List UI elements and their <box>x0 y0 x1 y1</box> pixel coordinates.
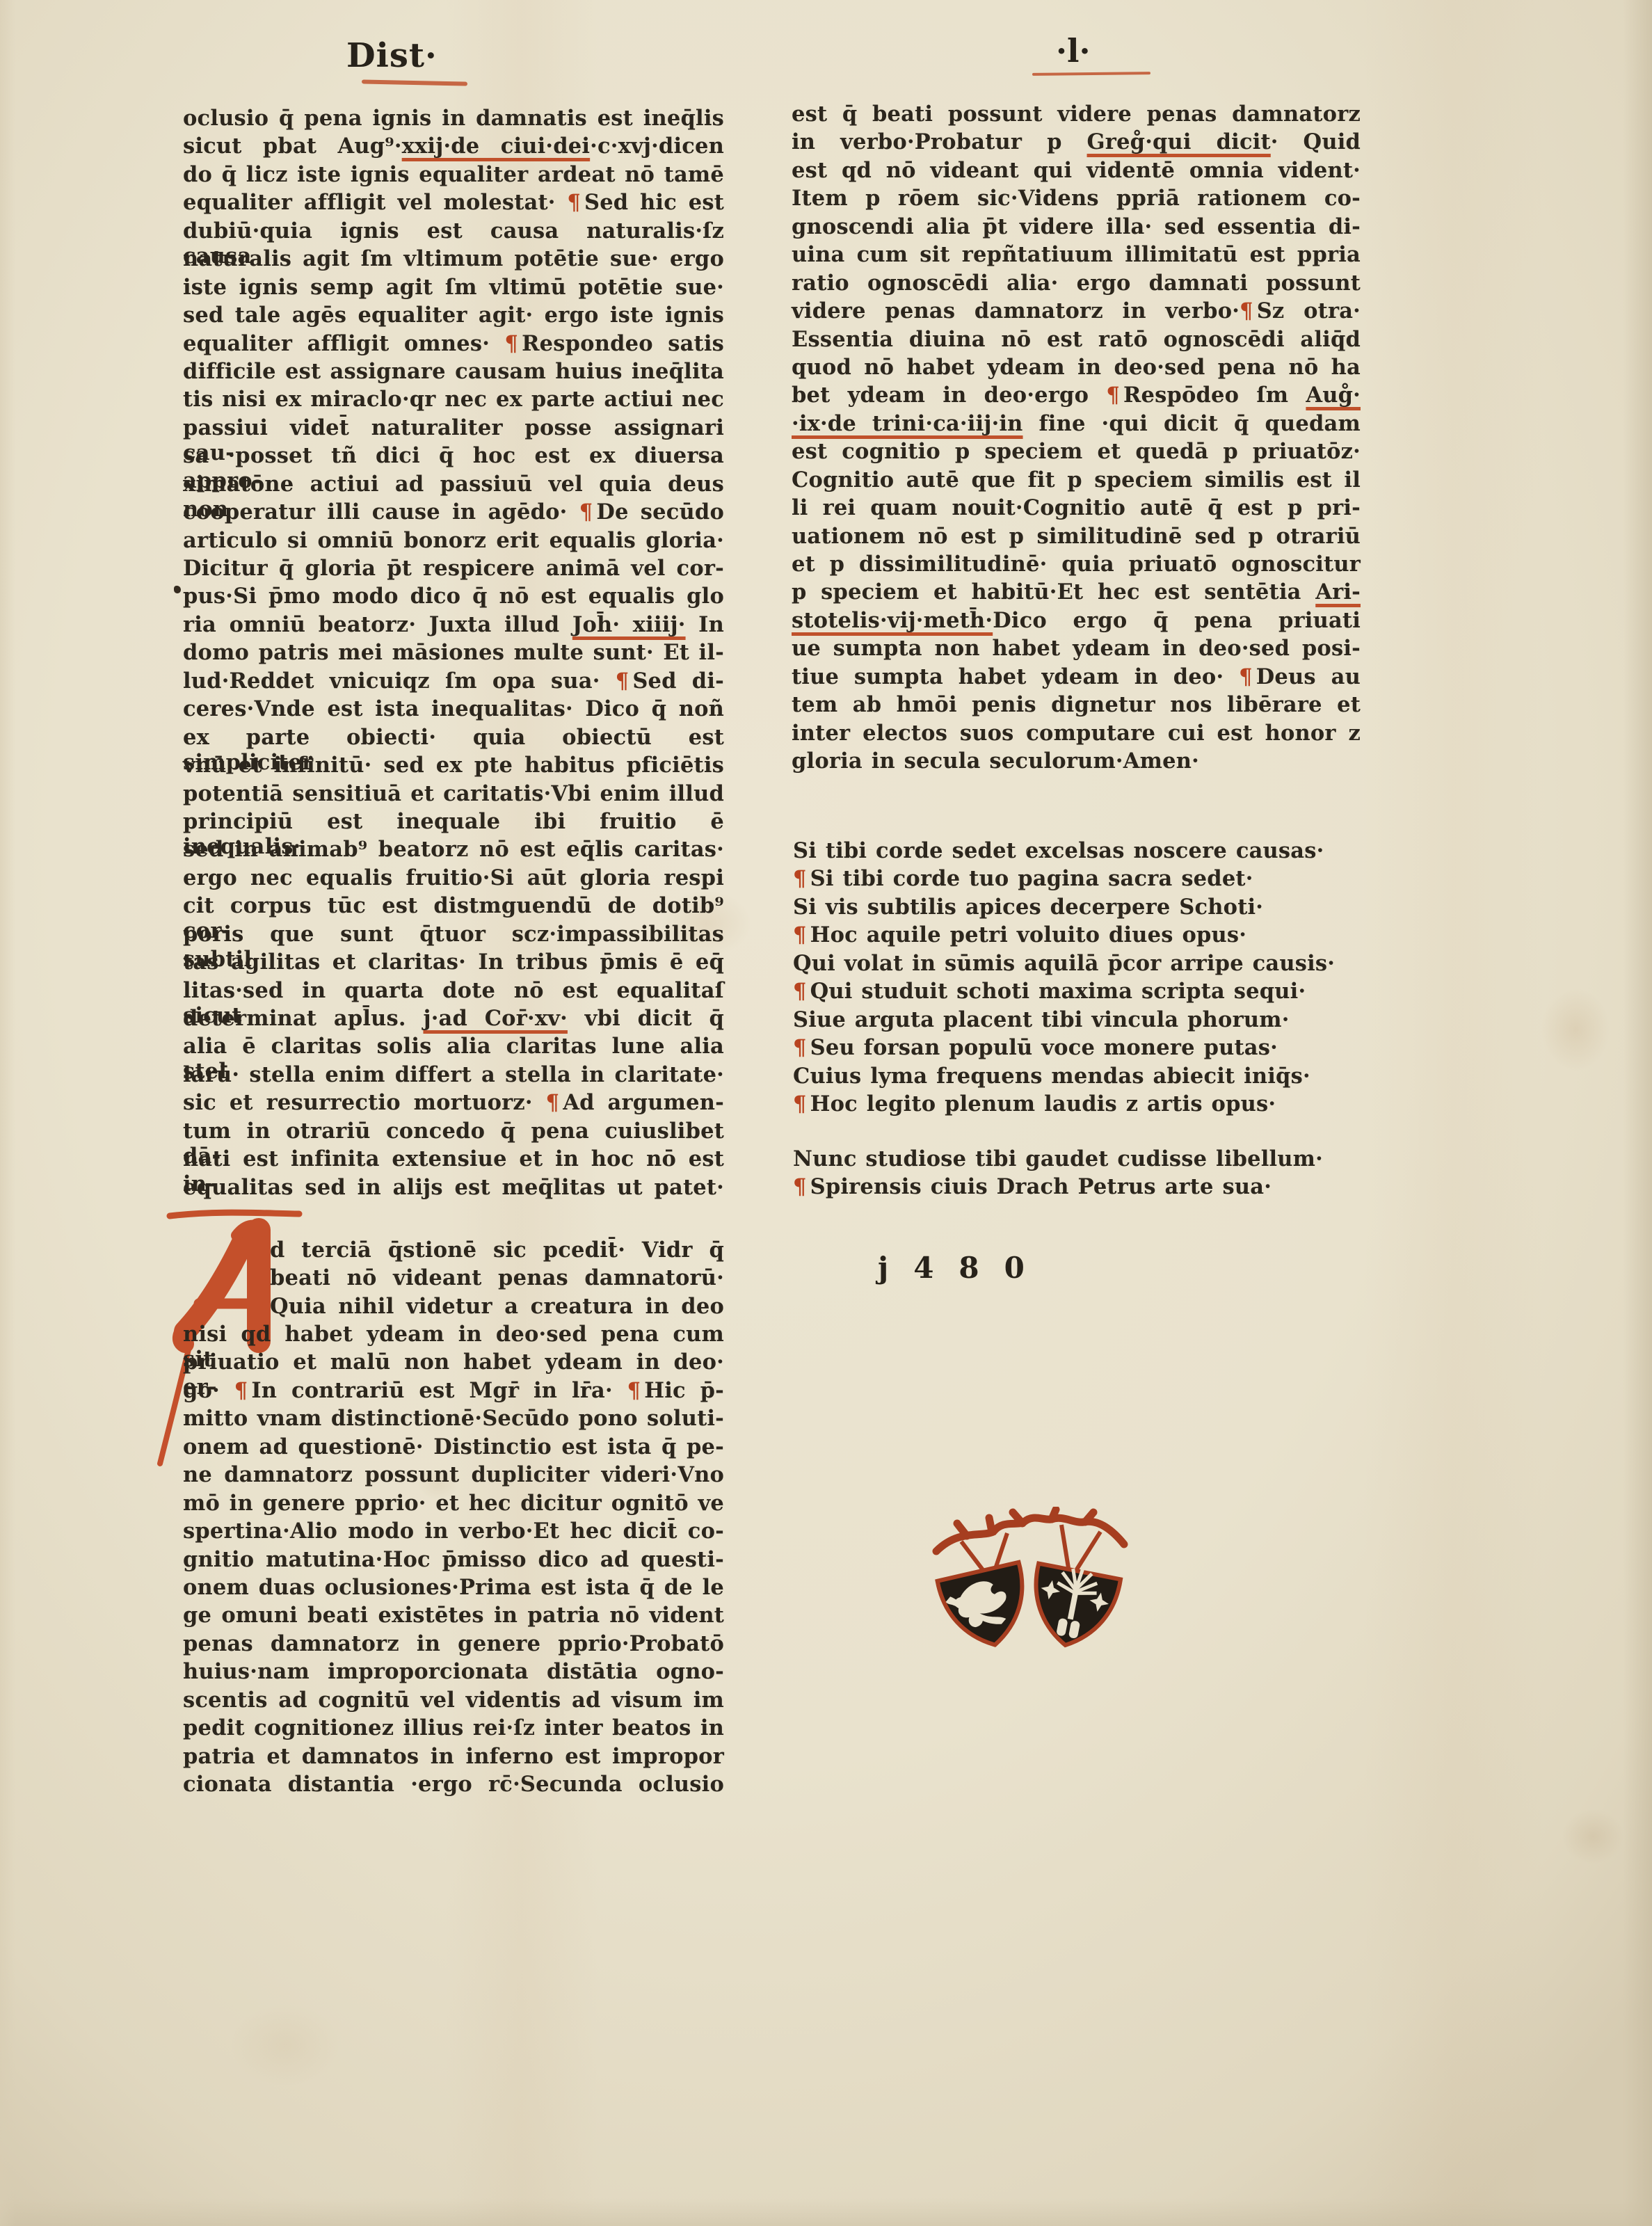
text-line: ximatōne actiui ad passiuū vel quia deus… <box>183 472 724 499</box>
foxing-stain <box>1562 1809 1624 1864</box>
text-line: Dicitur q̄ gloria p̄t respicere animā ve… <box>183 556 724 584</box>
text-line: gloria in secula seculorum·Amen· <box>792 748 1361 776</box>
text-line: Cognitio autē que fit p speciem similis … <box>792 467 1361 495</box>
text-line: cionata distantia ·ergo rc̄·Secunda oclu… <box>183 1772 724 1800</box>
printed-date: j480 <box>878 1251 1050 1285</box>
text-line: litas·sed in quarta dote nō est equalita… <box>183 978 724 1006</box>
text-line: difficile est assignare causam huius ine… <box>183 359 724 387</box>
text-line: Si tibi corde sedet excelsas noscere cau… <box>793 838 1405 866</box>
colophon: Nunc studiose tibi gaudet cudisse libell… <box>793 1146 1405 1203</box>
left-column-paragraph-1: oclusio q̄ pena ignis in damnatis est in… <box>183 106 724 1203</box>
text-line: scentis ad cognitū vel videntis ad visum… <box>183 1688 724 1715</box>
text-line: Si vis subtilis apices decerpere Schoti· <box>793 895 1405 922</box>
text-line: d terciā q̄stionē sic pcedit̄· Vidr q̄ <box>270 1238 724 1265</box>
text-line: equalitas sed in alijs est meq̄litas ut … <box>183 1175 724 1203</box>
text-line: ceres·Vnde est ista inequalitas· Dico q̄… <box>183 696 724 724</box>
right-column-verse: Si tibi corde sedet excelsas noscere cau… <box>793 838 1405 1119</box>
text-line: inter electos suos computare cui est hon… <box>792 721 1361 748</box>
text-line: tis nisi ex miraclo·qr nec ex parte acti… <box>183 387 724 415</box>
text-line: tas agilitas et claritas· In tribus p̄mi… <box>183 950 724 977</box>
text-line: gnitio matutina·Hoc p̄misso dico ad ques… <box>183 1547 724 1575</box>
incunabulum-page: Dist· ·l· oclusio q̄ pena ignis in damna… <box>0 0 1652 2226</box>
text-line: alia ē claritas solis alia claritas lune… <box>183 1034 724 1062</box>
page-edge-shadow <box>0 0 15 2226</box>
text-line: domo patris mei māsiones multe sunt· Et … <box>183 640 724 668</box>
text-line: est qd nō videant qui videntē omnia vide… <box>792 158 1361 186</box>
text-line: videre penas damnatorz in verbo·¶Sz otra… <box>792 298 1361 326</box>
text-line: stotelis·vij·meth̄·Dico ergo q̄ pena pri… <box>792 608 1361 636</box>
text-line: onem duas oclusiones·Prima est ista q̄ d… <box>183 1575 724 1603</box>
text-line: bet ydeam in deo·ergo ¶Respōdeo ſm Aug̊· <box>792 383 1361 410</box>
text-line: li rei quam nouit·Cognitio autē q̄ est p… <box>792 495 1361 523</box>
text-line: Item p rōem sic·Videns ppriā rationem co… <box>792 186 1361 214</box>
text-line: potentiā sensitiuā et caritatis·Vbi enim… <box>183 781 724 809</box>
text-line: nisi qd habet ydeam in deo·sed pena cum … <box>183 1322 724 1350</box>
page-edge-shadow <box>0 2198 1652 2226</box>
text-line: ge omuni beati existētes in patria nō vi… <box>183 1603 724 1631</box>
text-line: mō in genere pprio· et hec dicitur ognit… <box>183 1491 724 1519</box>
text-line: articulo si omniū bonorz erit equalis gl… <box>183 528 724 556</box>
text-line: Cuius lyma frequens mendas abiecit iniq̄… <box>793 1064 1405 1091</box>
shield-left <box>937 1562 1035 1654</box>
text-line: uationem nō est p similitudinē sed p otr… <box>792 524 1361 552</box>
folio-number: ·l· <box>1056 32 1091 70</box>
text-line: p speciem et habitū·Et hec est sentētia … <box>792 579 1361 607</box>
text-line: uina cum sit repñtatiuum illimitatū est … <box>792 242 1361 270</box>
text-line: gnoscendi alia p̄t videre illa· sed esse… <box>792 214 1361 242</box>
text-line: penas damnatorz in genere pprio·Probatō <box>183 1631 724 1659</box>
text-line: go· ¶In contrariū est Mgr̄ in lr̄a· ¶Hic… <box>183 1378 724 1406</box>
text-line: equaliter affligit vel molestat· ¶Sed hi… <box>183 190 724 218</box>
text-line: sa ·posset tñ dici q̄ hoc est ex diuersa… <box>183 443 724 471</box>
text-line: lud·Reddet vnicuiqz ſm opa sua· ¶Sed di- <box>183 668 724 696</box>
text-line: Qui volat in sūmis aquilā p̄cor arripe c… <box>793 951 1405 979</box>
text-line: mitto vnam distinctionē·Secūdo pono solu… <box>183 1406 724 1434</box>
text-line: sicut pbat Aug⁹·xxij·de ciui·dei·c·xvj·d… <box>183 134 724 161</box>
text-line: pus·Si p̄mo modo dico q̄ nō est equalis … <box>183 584 724 611</box>
text-line: Nunc studiose tibi gaudet cudisse libell… <box>793 1146 1405 1174</box>
text-line: priuatio et malū non habet ydeam in deo·… <box>183 1350 724 1377</box>
margin-mark <box>174 586 181 593</box>
text-line: ue sumpta non habet ydeam in deo·sed pos… <box>792 636 1361 664</box>
foxing-stain <box>1541 988 1610 1071</box>
text-line: ex parte obiecti· quia obiectū est simpl… <box>183 725 724 753</box>
text-line: beati nō videant penas damnatorū· <box>270 1265 724 1293</box>
text-line: quod nō habet ydeam in deo·sed pena nō h… <box>792 355 1361 383</box>
text-line: sed tale agēs equaliter agit· ergo iste … <box>183 303 724 330</box>
text-line: spertina·Alio modo in verbo·Et hec dicit… <box>183 1519 724 1546</box>
text-line: tiue sumpta habet ydeam in deo· ¶Deus au <box>792 664 1361 692</box>
text-line: nati est infinita extensiue et in hoc nō… <box>183 1146 724 1174</box>
text-line: ¶Spirensis ciuis Drach Petrus arte sua· <box>793 1174 1405 1202</box>
text-line: ¶Si tibi corde tuo pagina sacra sedet· <box>793 866 1405 894</box>
text-line: tum in otrariū concedo q̄ pena cuiuslibe… <box>183 1119 724 1146</box>
text-line: ne damnatorz possunt dupliciter videri·V… <box>183 1462 724 1490</box>
text-line: larū· stella enim differt a stella in cl… <box>183 1062 724 1090</box>
text-line: sed in animab⁹ beatorz nō est eq̄lis car… <box>183 837 724 865</box>
printer-device <box>925 1507 1135 1660</box>
text-line: passiui videt̄ naturaliter posse assigna… <box>183 415 724 443</box>
text-line: dubiū·quia ignis est causa naturalis·ſz … <box>183 218 724 246</box>
text-line: sic et resurrectio mortuorz· ¶Ad argumen… <box>183 1090 724 1118</box>
left-column-initial-lines: d terciā q̄stionē sic pcedit̄· Vidr q̄be… <box>270 1238 724 1322</box>
text-line: Quia nihil videtur a creatura in deo <box>270 1294 724 1322</box>
page-edge-shadow <box>1623 0 1652 2226</box>
text-line: iste ignis semp agit ſm vltimū potētie s… <box>183 275 724 303</box>
text-line: ¶Hoc legito plenum laudis z artis opus· <box>793 1091 1405 1119</box>
running-title: Dist· <box>346 36 438 75</box>
text-line: ratio ognoscēdi alia· ergo damnati possu… <box>792 271 1361 298</box>
text-line: ergo nec equalis fruitio·Si aūt gloria r… <box>183 865 724 893</box>
text-line: ·ix·de trini·ca·iij·in fine ·qui dicit q… <box>792 411 1361 439</box>
text-line: poris que sunt q̄tuor scz·impassibilitas… <box>183 922 724 950</box>
text-line: Siue arguta placent tibi vincula phorum· <box>793 1007 1405 1035</box>
text-line: est q̄ beati possunt videre penas damnat… <box>792 102 1361 129</box>
text-line: vnū et infinitū· sed ex pte habitus pfic… <box>183 753 724 780</box>
foxing-stain <box>230 2003 341 2087</box>
text-line: in verbo·Probatur p Greg̊·qui dicit· Qui… <box>792 129 1361 157</box>
text-line: est cognitio p speciem et quedā p priuat… <box>792 439 1361 467</box>
text-line: tem ab hmōi penis dignetur nos libērare … <box>792 692 1361 720</box>
shield-right <box>1024 1560 1121 1654</box>
text-line: naturalis agit ſm vltimum potētie sue· e… <box>183 246 724 274</box>
text-line: oclusio q̄ pena ignis in damnatis est in… <box>183 106 724 134</box>
text-line: determinat apl̄us. j·ad Cor̄·xv· vbi dic… <box>183 1006 724 1034</box>
text-line: patria et damnatos in inferno est improp… <box>183 1744 724 1772</box>
text-line: huius·nam improporcionata distātia ogno- <box>183 1659 724 1687</box>
text-line: ¶Seu forsan populū voce monere putas· <box>793 1035 1405 1063</box>
text-line: principiū est inequale ibi fruitio ē ine… <box>183 809 724 837</box>
text-line: et p dissimilitudinē· quia priuatō ognos… <box>792 552 1361 579</box>
rubric-underline <box>1032 72 1150 76</box>
text-line: ¶Qui studuit schoti maxima scripta sequi… <box>793 979 1405 1007</box>
text-line: cooperatur illi cause in agēdo· ¶De secū… <box>183 499 724 527</box>
text-line: ¶Hoc aquile petri voluito diues opus· <box>793 922 1405 950</box>
left-column-paragraph-2: nisi qd habet ydeam in deo·sed pena cum … <box>183 1322 724 1800</box>
text-line: pedit cognitionez illius rei·ſz inter be… <box>183 1715 724 1743</box>
rubric-underline <box>362 79 467 86</box>
text-line: onem ad questionē· Distinctio est ista q… <box>183 1434 724 1462</box>
text-line: cit corpus tūc est distmguendū de dotib⁹… <box>183 893 724 921</box>
text-line: do q̄ licz iste ignis equaliter ardeat n… <box>183 162 724 190</box>
text-line: Essentia diuina nō est ratō ognoscēdi al… <box>792 327 1361 355</box>
right-column-main-text: est q̄ beati possunt videre penas damnat… <box>792 102 1361 777</box>
text-line: ria omniū beatorz· Juxta illud Joh̄· xii… <box>183 612 724 640</box>
text-line: equaliter affligit omnes· ¶Respondeo sat… <box>183 331 724 359</box>
